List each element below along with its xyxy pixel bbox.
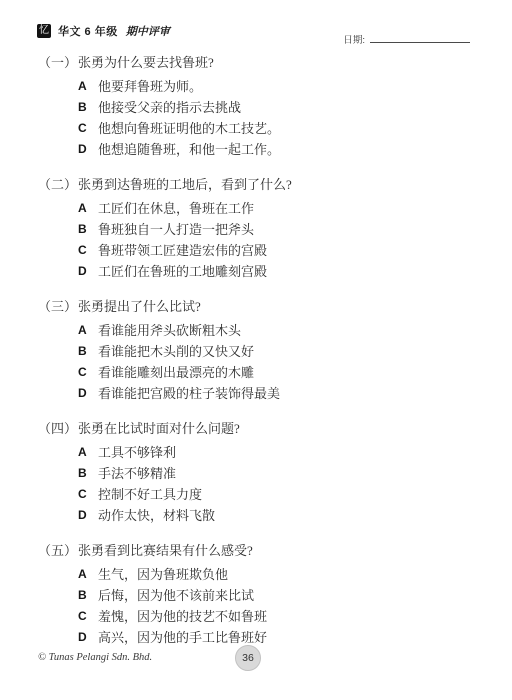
question-number: （二） <box>38 174 78 195</box>
option-row: A 工匠们在休息，鲁班在工作 <box>78 198 486 219</box>
option-row: A 生气，因为鲁班欺负他 <box>78 564 486 585</box>
option-text: 后悔，因为他不该前来比试 <box>98 585 254 606</box>
question-number: （五） <box>38 540 78 561</box>
question-block-4: （四） 张勇在比试时面对什么问题? A 工具不够锋利 B 手法不够精准 C 控制… <box>38 418 486 526</box>
option-text: 控制不好工具力度 <box>98 484 202 505</box>
question-head: （三） 张勇提出了什么比试? <box>38 296 486 317</box>
option-text: 看谁能把木头削的又快又好 <box>98 341 254 362</box>
question-block-5: （五） 张勇看到比赛结果有什么感受? A 生气，因为鲁班欺负他 B 后悔，因为他… <box>38 540 486 648</box>
option-row: C 控制不好工具力度 <box>78 484 486 505</box>
question-head: （一） 张勇为什么要去找鲁班? <box>38 52 486 73</box>
option-text: 看谁能把宫殿的柱子装饰得最美 <box>98 383 280 404</box>
questions-area: （一） 张勇为什么要去找鲁班? A 他要拜鲁班为师。 B 他接受父亲的指示去挑战… <box>38 52 486 662</box>
option-letter: A <box>78 76 98 97</box>
worksheet-page: 忆 华文 6 年级 期中评审 日期: （一） 张勇为什么要去找鲁班? A 他要拜… <box>0 0 512 700</box>
date-label: 日期: <box>343 32 365 46</box>
question-block-3: （三） 张勇提出了什么比试? A 看谁能用斧头砍断粗木头 B 看谁能把木头削的又… <box>38 296 486 404</box>
question-text: 张勇在比试时面对什么问题? <box>78 418 240 439</box>
option-letter: D <box>78 383 98 404</box>
option-letter: C <box>78 240 98 261</box>
option-letter: A <box>78 442 98 463</box>
option-text: 他要拜鲁班为师。 <box>98 76 202 97</box>
option-letter: B <box>78 585 98 606</box>
option-letter: C <box>78 362 98 383</box>
option-text: 工具不够锋利 <box>98 442 176 463</box>
option-row: B 看谁能把木头削的又快又好 <box>78 341 486 362</box>
option-text: 他接受父亲的指示去挑战 <box>98 97 241 118</box>
question-text: 张勇到达鲁班的工地后，看到了什么? <box>78 174 292 195</box>
option-row: C 鲁班带领工匠建造宏伟的宫殿 <box>78 240 486 261</box>
series-logo-icon: 忆 <box>37 24 51 38</box>
option-text: 工匠们在鲁班的工地雕刻宫殿 <box>98 261 267 282</box>
brand: 忆 华文 6 年级 期中评审 <box>37 23 170 39</box>
option-letter: C <box>78 606 98 627</box>
option-row: D 看谁能把宫殿的柱子装饰得最美 <box>78 383 486 404</box>
question-number: （三） <box>38 296 78 317</box>
question-text: 张勇提出了什么比试? <box>78 296 201 317</box>
option-letter: C <box>78 484 98 505</box>
option-text: 动作太快，材料飞散 <box>98 505 215 526</box>
question-block-1: （一） 张勇为什么要去找鲁班? A 他要拜鲁班为师。 B 他接受父亲的指示去挑战… <box>38 52 486 160</box>
question-block-2: （二） 张勇到达鲁班的工地后，看到了什么? A 工匠们在休息，鲁班在工作 B 鲁… <box>38 174 486 282</box>
paper-title: 期中评审 <box>126 23 170 39</box>
option-letter: B <box>78 97 98 118</box>
option-row: B 后悔，因为他不该前来比试 <box>78 585 486 606</box>
option-letter: B <box>78 219 98 240</box>
option-row: A 他要拜鲁班为师。 <box>78 76 486 97</box>
option-row: B 鲁班独自一人打造一把斧头 <box>78 219 486 240</box>
question-text: 张勇为什么要去找鲁班? <box>78 52 214 73</box>
question-head: （五） 张勇看到比赛结果有什么感受? <box>38 540 486 561</box>
option-letter: A <box>78 198 98 219</box>
option-text: 手法不够精准 <box>98 463 176 484</box>
option-letter: D <box>78 505 98 526</box>
option-row: A 看谁能用斧头砍断粗木头 <box>78 320 486 341</box>
option-text: 鲁班独自一人打造一把斧头 <box>98 219 254 240</box>
option-row: D 他想追随鲁班，和他一起工作。 <box>78 139 486 160</box>
option-text: 生气，因为鲁班欺负他 <box>98 564 228 585</box>
option-row: C 羞愧，因为他的技艺不如鲁班 <box>78 606 486 627</box>
option-letter: A <box>78 320 98 341</box>
option-row: B 他接受父亲的指示去挑战 <box>78 97 486 118</box>
option-text: 他想向鲁班证明他的木工技艺。 <box>98 118 280 139</box>
option-letter: D <box>78 261 98 282</box>
option-text: 羞愧，因为他的技艺不如鲁班 <box>98 606 267 627</box>
option-row: B 手法不够精准 <box>78 463 486 484</box>
option-row: C 他想向鲁班证明他的木工技艺。 <box>78 118 486 139</box>
option-text: 看谁能雕刻出最漂亮的木雕 <box>98 362 254 383</box>
option-letter: B <box>78 341 98 362</box>
date-blank-line <box>370 32 470 43</box>
option-letter: A <box>78 564 98 585</box>
date-field: 日期: <box>343 23 470 46</box>
option-row: D 工匠们在鲁班的工地雕刻宫殿 <box>78 261 486 282</box>
page-footer: © Tunas Pelangi Sdn. Bhd. 36 <box>0 644 512 674</box>
option-letter: C <box>78 118 98 139</box>
option-row: A 工具不够锋利 <box>78 442 486 463</box>
option-row: C 看谁能雕刻出最漂亮的木雕 <box>78 362 486 383</box>
question-number: （四） <box>38 418 78 439</box>
question-text: 张勇看到比赛结果有什么感受? <box>78 540 253 561</box>
question-head: （四） 张勇在比试时面对什么问题? <box>38 418 486 439</box>
question-number: （一） <box>38 52 78 73</box>
question-head: （二） 张勇到达鲁班的工地后，看到了什么? <box>38 174 486 195</box>
option-text: 他想追随鲁班，和他一起工作。 <box>98 139 280 160</box>
option-text: 看谁能用斧头砍断粗木头 <box>98 320 241 341</box>
page-number-badge: 36 <box>235 645 261 671</box>
course-title: 华文 6 年级 <box>58 23 118 39</box>
option-row: D 动作太快，材料飞散 <box>78 505 486 526</box>
option-letter: B <box>78 463 98 484</box>
option-letter: D <box>78 139 98 160</box>
option-text: 鲁班带领工匠建造宏伟的宫殿 <box>98 240 267 261</box>
page-header: 忆 华文 6 年级 期中评审 日期: <box>37 23 470 46</box>
copyright-text: © Tunas Pelangi Sdn. Bhd. <box>38 652 152 663</box>
option-text: 工匠们在休息，鲁班在工作 <box>98 198 254 219</box>
